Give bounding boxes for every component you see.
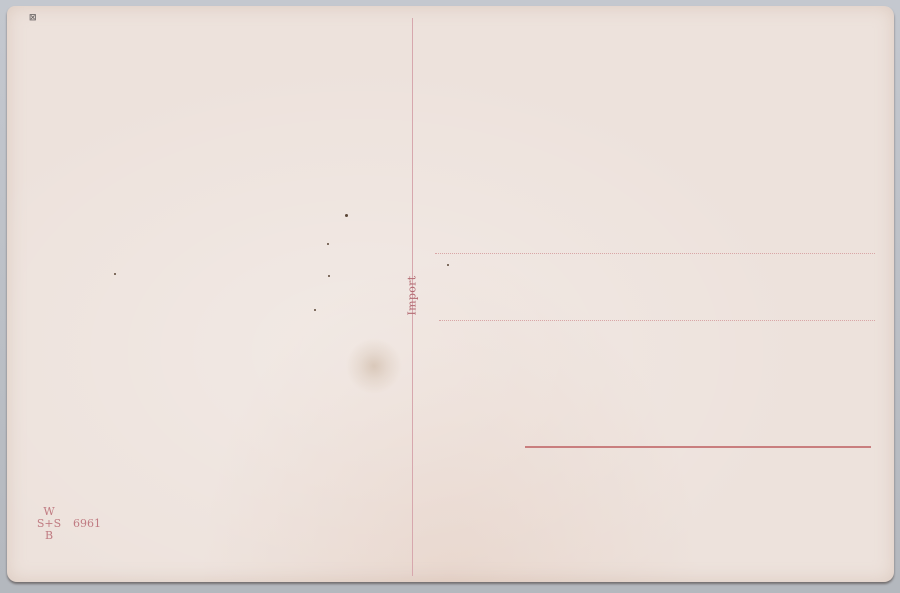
address-line-3 bbox=[525, 446, 871, 448]
scanned-postcard-background: ⊠ Import W S+S 6961 B bbox=[0, 0, 900, 593]
foxing-speck bbox=[328, 275, 330, 277]
foxing-speck bbox=[314, 309, 316, 311]
foxing-speck bbox=[447, 264, 449, 266]
foxing-speck bbox=[114, 273, 116, 275]
foxing-speck bbox=[345, 214, 348, 217]
postcard-back: ⊠ Import W S+S 6961 B bbox=[7, 6, 894, 582]
publisher-mark: W S+S 6961 B bbox=[29, 506, 101, 542]
foxing-speck bbox=[327, 243, 329, 245]
corner-stamp-mark: ⊠ bbox=[29, 13, 37, 23]
address-line-1 bbox=[435, 253, 875, 254]
card-number: 6961 bbox=[73, 518, 101, 530]
import-label: Import bbox=[406, 271, 419, 321]
address-line-2 bbox=[439, 320, 875, 321]
publisher-mark-bottom: B bbox=[29, 530, 69, 542]
